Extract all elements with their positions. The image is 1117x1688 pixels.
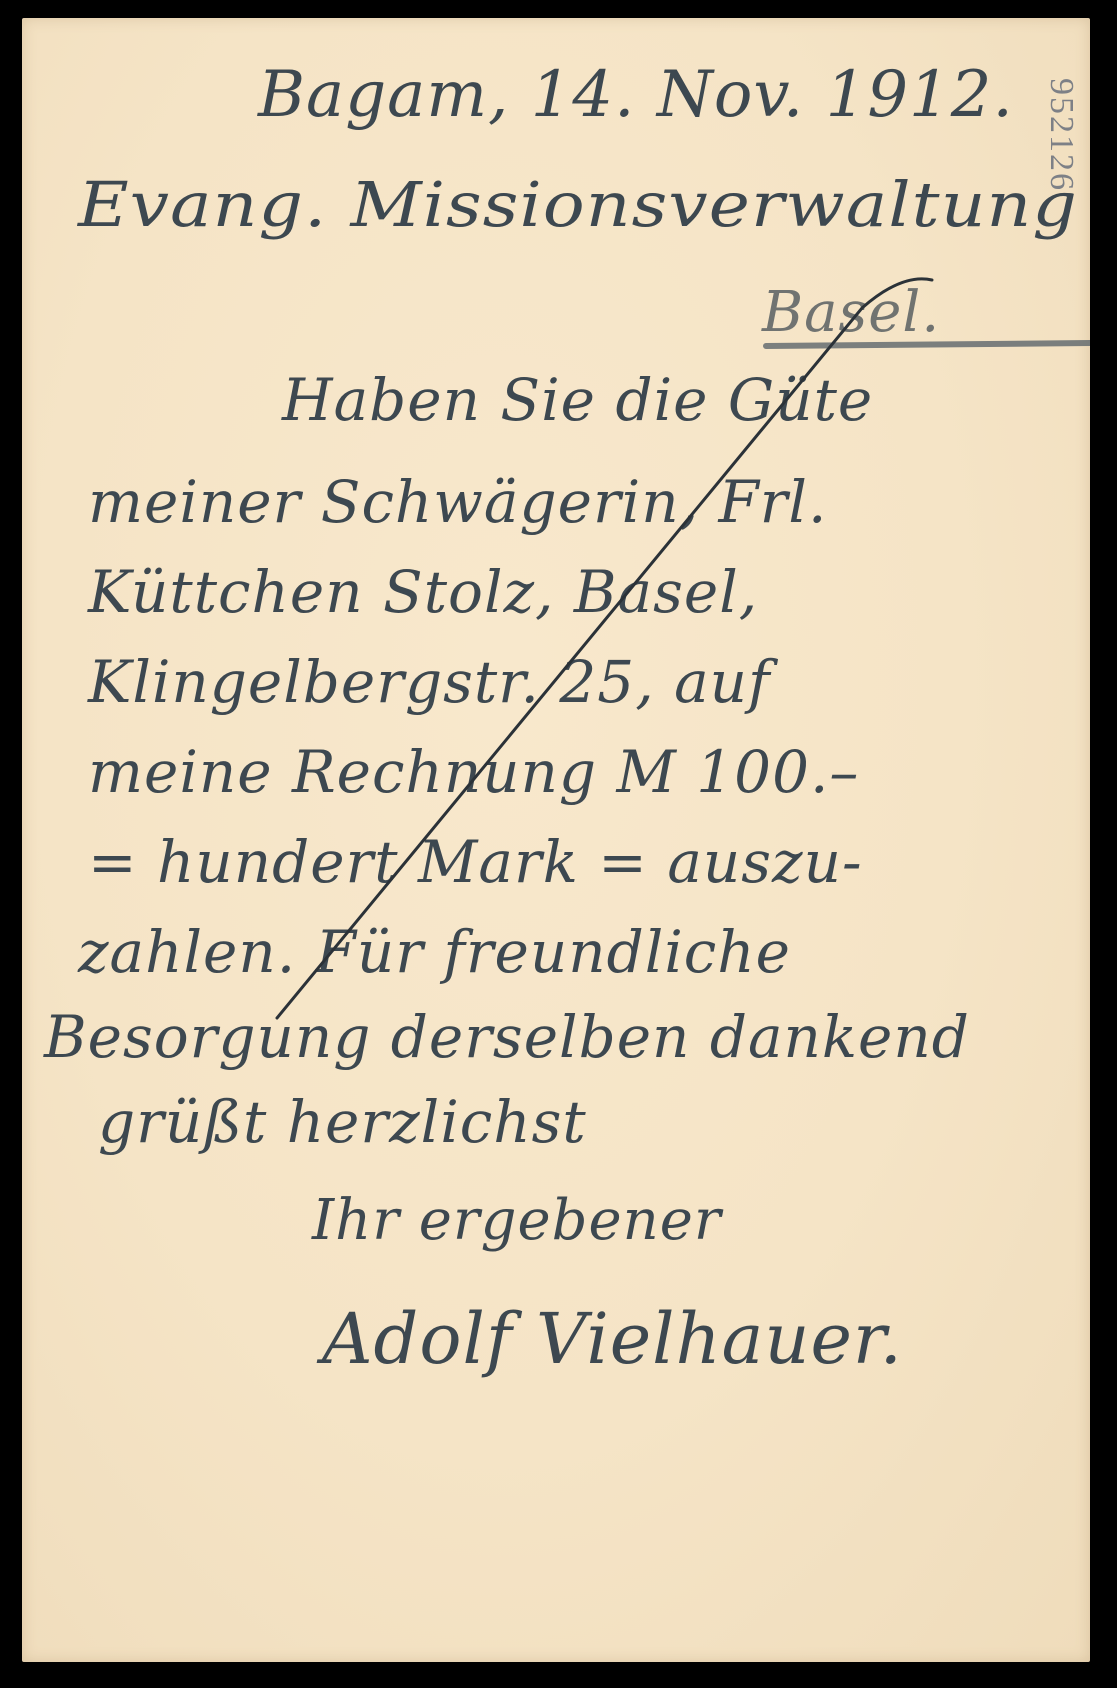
closing-line: Ihr ergebener — [312, 1188, 722, 1253]
body-line-5: meine Rechnung M 100.– — [88, 738, 859, 806]
body-line-7: zahlen. Für freundliche — [78, 918, 791, 986]
recipient-city: Basel. — [762, 280, 940, 345]
body-line-1: Haben Sie die Güte — [282, 366, 873, 434]
body-line-2: meiner Schwägerin, Frl. — [88, 468, 827, 536]
body-line-3: Küttchen Stolz, Basel, — [88, 558, 758, 626]
body-line-8: Besorgung derselben dankend — [44, 1003, 970, 1071]
body-line-9: grüßt herzlichst — [98, 1088, 587, 1156]
body-line-4: Klingelbergstr. 25, auf — [88, 648, 770, 716]
archive-number: 952126 — [1042, 78, 1080, 192]
signature: Adolf Vielhauer. — [322, 1298, 903, 1380]
body-line-6: = hundert Mark = auszu- — [88, 828, 863, 896]
dateline: Bagam, 14. Nov. 1912. — [258, 58, 1014, 132]
postcard: Bagam, 14. Nov. 1912. Evang. Missionsver… — [22, 18, 1090, 1662]
recipient-line: Evang. Missionsverwaltung — [78, 168, 1078, 241]
